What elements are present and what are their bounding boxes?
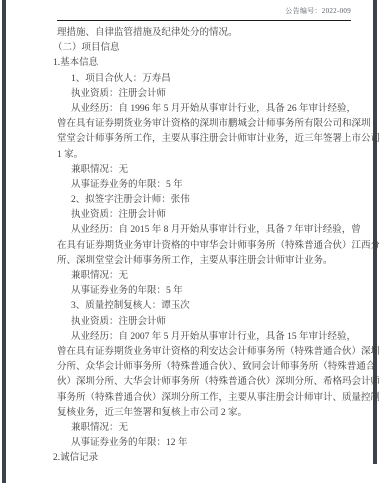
line-experience-1b: 曾在具有证券期货业务审计资格的深圳市鹏城会计师事务所有限公司和深圳 [0, 117, 379, 132]
document-page: 公告编号：2022-009 理措施、自律监管措施及纪律处分的情况。 （二）项目信… [0, 0, 379, 491]
line-parttime-1: 兼职情况：无 [0, 163, 379, 178]
line-experience-1d: 1 家。 [0, 148, 379, 163]
line-experience-1a: 从业经历：自 1996 年 5 月开始从事审计行业，具备 26 年审计经验， [0, 102, 379, 117]
header-rule [57, 20, 351, 21]
line-qualification-1: 执业资质：注册会计师 [0, 87, 379, 102]
line-experience-2b: 在具有证券期货业务审计资格的中审华会计师事务所（特殊普通合伙）江西分 [0, 239, 379, 254]
heading-integrity-record: 2.诚信记录 [0, 451, 379, 466]
announcement-number: 公告编号：2022-009 [285, 6, 351, 16]
line-experience-2c: 所、深圳堂堂会计师事务所工作，主要从事注册会计师审计业务。 [0, 254, 379, 269]
line-securities-years-2: 从事证券业务的年限：5 年 [0, 284, 379, 299]
line-securities-years-1: 从事证券业务的年限：5 年 [0, 178, 379, 193]
line-continuation-measures: 理措施、自律监管措施及纪律处分的情况。 [0, 26, 379, 41]
line-securities-years-3: 从事证券业务的年限：12 年 [0, 436, 379, 451]
line-experience-3c: 分所、众华会计师事务所（特殊普通合伙）、致同会计师事务所（特殊普通合 [0, 360, 379, 375]
line-signing-cpa: 2、拟签字注册会计师：张伟 [0, 193, 379, 208]
line-qc-reviewer: 3、质量控制复核人：谭玉次 [0, 299, 379, 314]
line-qualification-3: 执业资质：注册会计师 [0, 315, 379, 330]
heading-project-info: （二）项目信息 [0, 41, 379, 56]
line-experience-3d: 伙）深圳分所、大华会计师事务所（特殊普通合伙）深圳分所、希格玛会计师 [0, 375, 379, 390]
line-project-partner: 1、项目合伙人：万寿昌 [0, 72, 379, 87]
line-parttime-2: 兼职情况：无 [0, 269, 379, 284]
line-qualification-2: 执业资质：注册会计师 [0, 208, 379, 223]
document-body: 理措施、自律监管措施及纪律处分的情况。 （二）项目信息 1.基本信息 1、项目合… [0, 26, 379, 466]
line-parttime-3: 兼职情况：无 [0, 421, 379, 436]
line-experience-3f: 复核业务，近三年签署和复核上市公司 2 家。 [0, 406, 379, 421]
line-experience-3e: 事务所（特殊普通合伙）深圳分所工作，主要从事注册会计师审计、质量控制 [0, 391, 379, 406]
line-experience-2a: 从业经历：自 2015 年 8 月开始从事审计行业，具备 7 年审计经验，曾 [0, 223, 379, 238]
line-experience-1c: 堂堂会计师事务所工作，主要从事注册会计师审计业务，近三年签署上市公司 [0, 132, 379, 147]
line-experience-3a: 从业经历：自 2007 年 5 月开始从事审计行业，具备 15 年审计经验， [0, 330, 379, 345]
line-experience-3b: 曾在具有证券期货业务审计资格的利安达会计师事务所（特殊普通合伙）深圳 [0, 345, 379, 360]
heading-basic-info: 1.基本信息 [0, 56, 379, 71]
